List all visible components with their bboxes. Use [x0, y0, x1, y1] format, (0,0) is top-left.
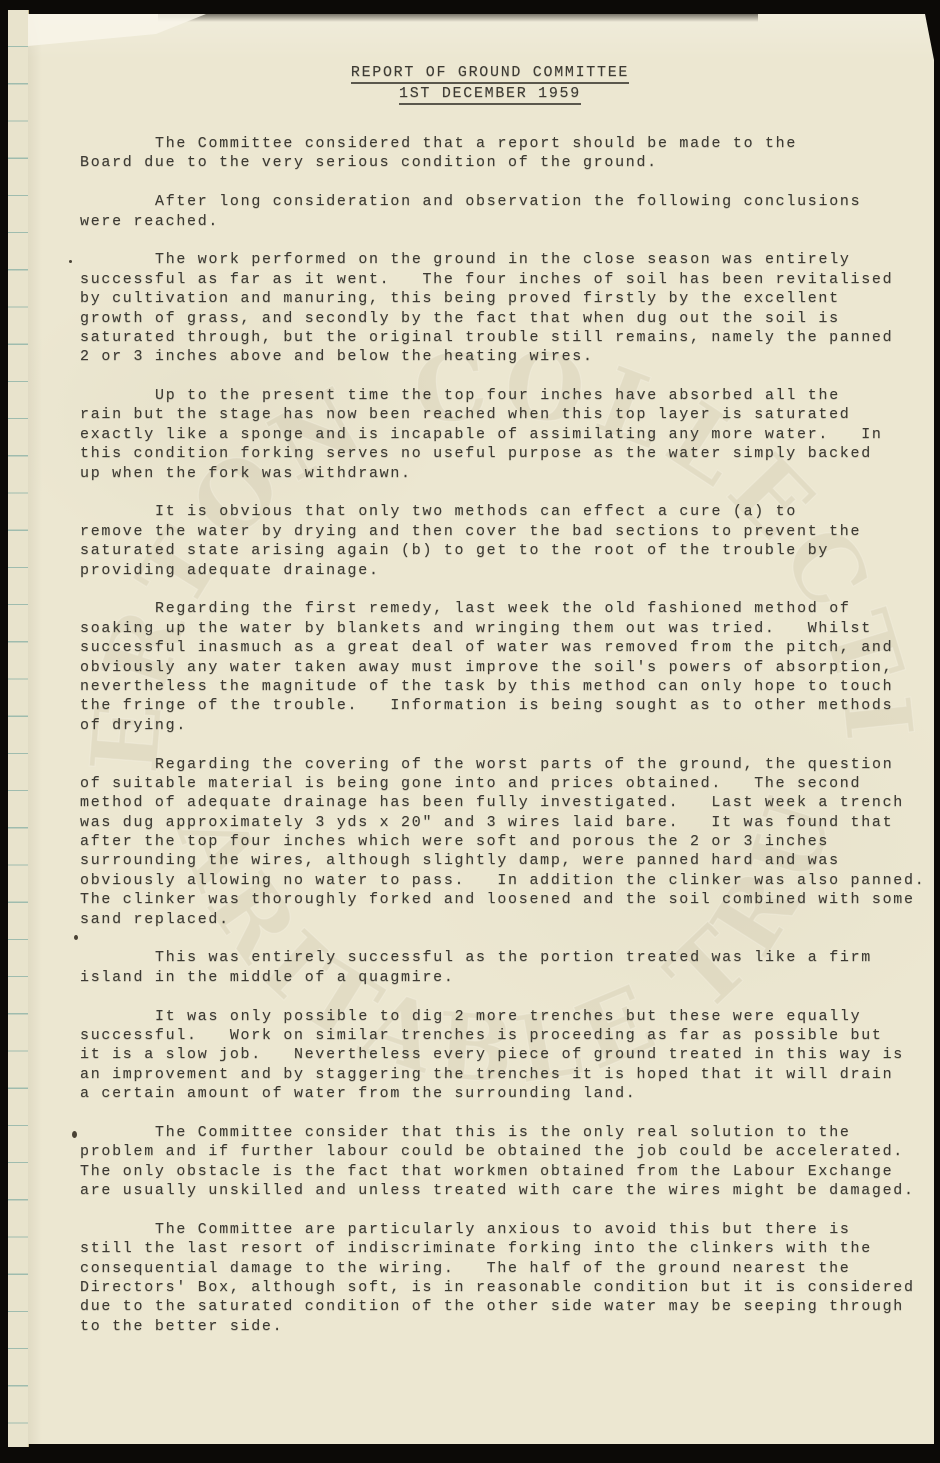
text-line: Up to the present time the top four inch…: [80, 386, 934, 405]
text-line: problem and if further labour could be o…: [80, 1142, 934, 1161]
document-page: EVERTON COLLECTION CHARITABLE TRUST REPO…: [28, 14, 934, 1444]
text-line: obviously allowing no water to pass. In …: [80, 871, 934, 890]
text-line: saturated state arising again (b) to get…: [80, 541, 934, 560]
paragraph: Regarding the covering of the worst part…: [80, 755, 934, 930]
text-line: are usually unskilled and unless treated…: [80, 1181, 934, 1200]
text-line: it is a slow job. Nevertheless every pie…: [80, 1045, 934, 1064]
text-line: The clinker was thoroughly forked and lo…: [80, 890, 934, 909]
text-line: surrounding the wires, although slightly…: [80, 851, 934, 870]
binding-edge-ruled-page: [8, 10, 29, 1447]
text-line: After long consideration and observation…: [80, 192, 934, 211]
text-line: rain but the stage has now been reached …: [80, 405, 934, 424]
text-line: It was only possible to dig 2 more trenc…: [80, 1007, 934, 1026]
text-line: after the top four inches which were sof…: [80, 832, 934, 851]
text-line: of drying.: [80, 716, 934, 735]
text-line: This was entirely successful as the port…: [80, 948, 934, 967]
paragraph: The Committee consider that this is the …: [80, 1123, 934, 1201]
paragraph: The Committee considered that a report s…: [80, 134, 934, 173]
text-line: growth of grass, and secondly by the fac…: [80, 309, 934, 328]
page-top-shadow: [158, 14, 758, 22]
title-line-2: 1ST DECEMBER 1959: [399, 85, 581, 105]
text-line: successful as far as it went. The four i…: [80, 270, 934, 289]
text-line: by cultivation and manuring, this being …: [80, 289, 934, 308]
page-corner-highlight: [28, 14, 218, 48]
text-line: The Committee considered that a report s…: [80, 134, 934, 153]
text-line: successful inasmuch as a great deal of w…: [80, 638, 934, 657]
text-line: obviously any water taken away must impr…: [80, 658, 934, 677]
text-line: The work performed on the ground in the …: [80, 250, 934, 269]
text-line: still the last resort of indiscriminate …: [80, 1239, 934, 1258]
text-line: Regarding the first remedy, last week th…: [80, 599, 934, 618]
text-line: remove the water by drying and then cove…: [80, 522, 934, 541]
paragraph: After long consideration and observation…: [80, 192, 934, 231]
text-line: 2 or 3 inches above and below the heatin…: [80, 347, 934, 366]
paper-speck: [69, 260, 72, 263]
paper-speck: [74, 935, 78, 940]
paragraph: It was only possible to dig 2 more trenc…: [80, 1007, 934, 1104]
paragraph: It is obvious that only two methods can …: [80, 502, 934, 580]
text-line: The Committee consider that this is the …: [80, 1123, 934, 1142]
text-line: method of adequate drainage has been ful…: [80, 793, 934, 812]
text-line: Regarding the covering of the worst part…: [80, 755, 934, 774]
text-line: of suitable material is being gone into …: [80, 774, 934, 793]
paragraph: The Committee are particularly anxious t…: [80, 1220, 934, 1336]
document-title: REPORT OF GROUND COMMITTEE1ST DECEMBER 1…: [80, 62, 900, 104]
paragraph: The work performed on the ground in the …: [80, 250, 934, 366]
text-line: nevertheless the magnitude of the task b…: [80, 677, 934, 696]
text-line: Board due to the very serious condition …: [80, 153, 934, 172]
paragraph: This was entirely successful as the port…: [80, 948, 934, 987]
paragraph: Regarding the first remedy, last week th…: [80, 599, 934, 735]
text-line: It is obvious that only two methods can …: [80, 502, 934, 521]
text-line: exactly like a sponge and is incapable o…: [80, 425, 934, 444]
document-body: The Committee considered that a report s…: [80, 134, 934, 1336]
text-line: to the better side.: [80, 1317, 934, 1336]
text-line: successful. Work on similar trenches is …: [80, 1026, 934, 1045]
text-line: up when the fork was withdrawn.: [80, 464, 934, 483]
text-line: sand replaced.: [80, 910, 934, 929]
title-line-1: REPORT OF GROUND COMMITTEE: [351, 64, 629, 84]
text-line: a certain amount of water from the surro…: [80, 1084, 934, 1103]
paragraph: Up to the present time the top four inch…: [80, 386, 934, 483]
text-line: soaking up the water by blankets and wri…: [80, 619, 934, 638]
text-line: island in the middle of a quagmire.: [80, 968, 934, 987]
text-line: Directors' Box, although soft, is in rea…: [80, 1278, 934, 1297]
text-line: due to the saturated condition of the ot…: [80, 1297, 934, 1316]
text-line: providing adequate drainage.: [80, 561, 934, 580]
paper-speck: [72, 1131, 77, 1138]
scanned-document: EVERTON COLLECTION CHARITABLE TRUST REPO…: [0, 0, 940, 1463]
text-line: an improvement and by staggering the tre…: [80, 1065, 934, 1084]
text-line: was dug approximately 3 yds x 20" and 3 …: [80, 813, 934, 832]
text-line: The only obstacle is the fact that workm…: [80, 1162, 934, 1181]
text-line: this condition forking serves no useful …: [80, 444, 934, 463]
text-line: the fringe of the trouble. Information i…: [80, 696, 934, 715]
text-line: saturated through, but the original trou…: [80, 328, 934, 347]
text-line: were reached.: [80, 212, 934, 231]
text-line: consequential damage to the wiring. The …: [80, 1259, 934, 1278]
text-line: The Committee are particularly anxious t…: [80, 1220, 934, 1239]
